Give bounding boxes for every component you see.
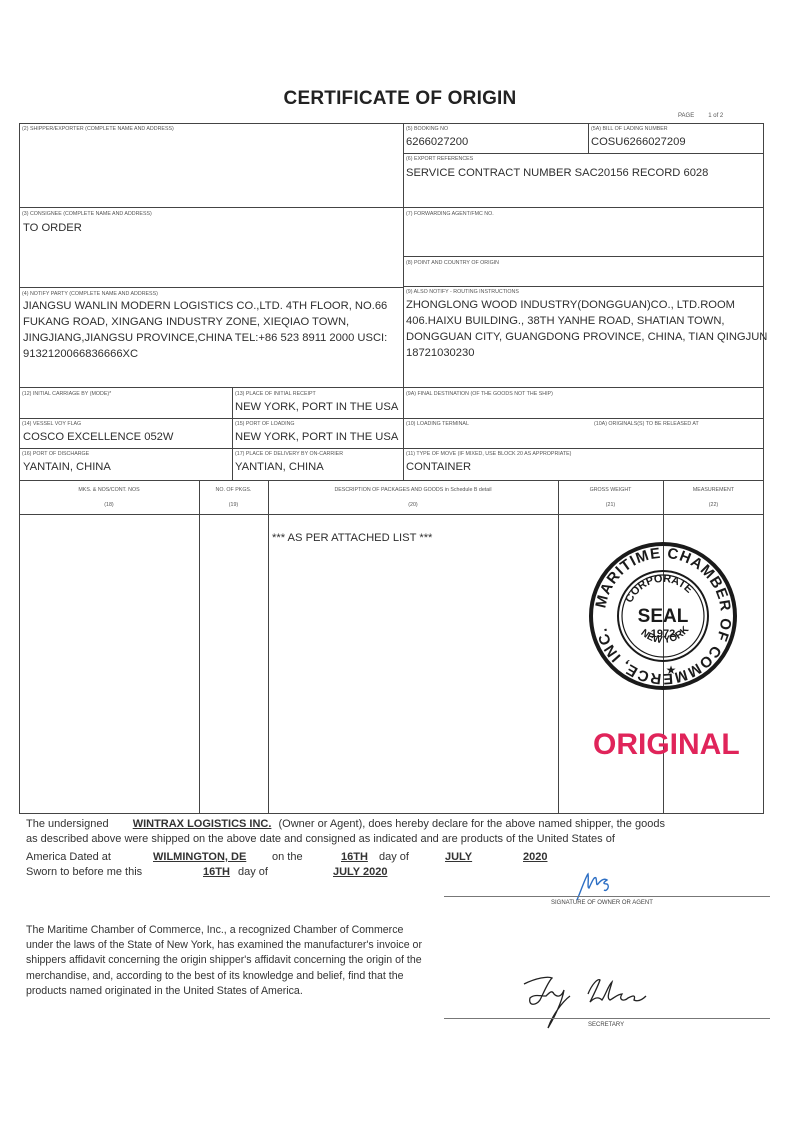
sworn-month-year: JULY 2020 xyxy=(333,866,387,878)
also-notify-label: (9) ALSO NOTIFY - ROUTING INSTRUCTIONS xyxy=(406,289,519,295)
divider xyxy=(19,287,404,288)
declaration-text: Sworn to before me this xyxy=(26,866,142,878)
declaration-text: day of xyxy=(238,866,268,878)
column-title: DESCRIPTION OF PACKAGES AND GOODS in Sch… xyxy=(268,484,558,496)
seal-icon: MARITIME CHAMBER OF COMMERCE, INC. CORPO… xyxy=(587,540,739,692)
bill-of-lading-label: (5A) BILL OF LADING NUMBER xyxy=(591,126,668,132)
point-of-origin-label: (8) POINT AND COUNTRY OF ORIGIN xyxy=(406,260,499,266)
seal-center-text: SEAL xyxy=(638,606,689,627)
page-indicator: PAGE1 of 2 xyxy=(678,113,723,119)
divider xyxy=(403,207,764,208)
booking-no-label: (5) BOOKING NO xyxy=(406,126,448,132)
svg-text:CORPORATE: CORPORATE xyxy=(623,573,695,605)
column-header-packages: NO. OF PKGS. (19) xyxy=(199,484,268,511)
shipper-label: (2) SHIPPER/EXPORTER (COMPLETE NAME AND … xyxy=(22,126,174,132)
initial-carriage-label: (12) INITIAL CARRIAGE BY (MODE)* xyxy=(22,391,111,397)
place-of-delivery-value: YANTIAN, CHINA xyxy=(235,459,324,475)
dated-place: WILMINGTON, DE xyxy=(153,851,246,863)
booking-no-value: 6266027200 xyxy=(406,134,468,150)
seal-top-text: CORPORATE xyxy=(623,573,695,605)
column-number: (18) xyxy=(19,499,199,511)
owner-signature-line xyxy=(444,896,770,897)
form-frame xyxy=(19,123,764,814)
loading-terminal-label: (10) LOADING TERMINAL xyxy=(406,421,469,427)
divider xyxy=(588,123,589,153)
declaration-text: The undersigned xyxy=(26,818,109,830)
column-header-measurement: MEASUREMENT (22) xyxy=(663,484,764,511)
column-header-marks: MKS. & NOS/CONT. NOS (18) xyxy=(19,484,199,511)
vessel-label: (14) VESSEL VOY FLAG xyxy=(22,421,81,427)
divider xyxy=(19,387,764,388)
dated-day: 16TH xyxy=(341,851,368,863)
agent-name: WINTRAX LOGISTICS INC. xyxy=(133,818,272,830)
declaration-line-3: America Dated at WILMINGTON, DE on the 1… xyxy=(26,851,111,863)
place-of-delivery-label: (17) PLACE OF DELIVERY BY ON-CARRIER xyxy=(235,451,343,457)
sworn-day: 16TH xyxy=(203,866,230,878)
original-stamp: ORIGINAL xyxy=(593,728,740,762)
divider xyxy=(403,286,764,287)
star-icon: ★ xyxy=(666,663,677,677)
divider xyxy=(19,514,764,515)
declaration-text: day of xyxy=(379,851,409,863)
also-notify-value: ZHONGLONG WOOD INDUSTRY(DONGGUAN)CO., LT… xyxy=(406,297,767,361)
column-number: (22) xyxy=(663,499,764,511)
column-title: GROSS WEIGHT xyxy=(558,484,663,496)
dated-month: JULY xyxy=(445,851,472,863)
divider xyxy=(403,123,404,480)
column-header-description: DESCRIPTION OF PACKAGES AND GOODS in Sch… xyxy=(268,484,558,511)
divider xyxy=(199,480,200,814)
port-of-discharge-value: YANTAIN, CHINA xyxy=(23,459,111,475)
declaration-line-2: as described above were shipped on the a… xyxy=(26,833,615,845)
column-header-gross-weight: GROSS WEIGHT (21) xyxy=(558,484,663,511)
divider xyxy=(19,418,764,419)
goods-description: *** AS PER ATTACHED LIST *** xyxy=(272,530,432,546)
document-title: CERTIFICATE OF ORIGIN xyxy=(0,88,800,110)
signature-icon xyxy=(574,870,624,902)
declaration-line-4: Sworn to before me this 16TH day of JULY… xyxy=(26,866,142,878)
originals-released-label: (10A) ORIGINALS(S) TO BE RELEASED AT xyxy=(594,421,699,427)
column-title: MEASUREMENT xyxy=(663,484,764,496)
final-destination-label: (9A) FINAL DESTINATION (OF THE GOODS NOT… xyxy=(406,391,553,397)
page-label: PAGE xyxy=(678,113,694,119)
secretary-label: SECRETARY xyxy=(588,1022,624,1028)
column-number: (20) xyxy=(268,499,558,511)
export-references-value: SERVICE CONTRACT NUMBER SAC20156 RECORD … xyxy=(406,165,708,181)
port-of-loading-value: NEW YORK, PORT IN THE USA xyxy=(235,429,398,445)
divider xyxy=(232,387,233,480)
port-of-discharge-label: (16) PORT OF DISCHARGE xyxy=(22,451,89,457)
type-of-move-label: (11) TYPE OF MOVE (IF MIXED, USE BLOCK 2… xyxy=(406,451,571,457)
divider xyxy=(558,480,559,814)
chamber-certification-paragraph: The Maritime Chamber of Commerce, Inc., … xyxy=(26,923,426,999)
column-number: (21) xyxy=(558,499,663,511)
type-of-move-value: CONTAINER xyxy=(406,459,471,475)
declaration-text: America Dated at xyxy=(26,851,111,863)
forwarding-agent-label: (7) FORWARDING AGENT/FMC NO. xyxy=(406,211,494,217)
notify-party-label: (4) NOTIFY PARTY (COMPLETE NAME AND ADDR… xyxy=(22,291,158,297)
place-of-receipt-label: (13) PLACE OF INITIAL RECEIPT xyxy=(235,391,316,397)
divider xyxy=(268,480,269,814)
vessel-value: COSCO EXCELLENCE 052W xyxy=(23,429,173,445)
divider xyxy=(19,207,404,208)
column-title: MKS. & NOS/CONT. NOS xyxy=(19,484,199,496)
page-value: 1 of 2 xyxy=(708,113,723,119)
port-of-loading-label: (15) PORT OF LOADING xyxy=(235,421,295,427)
corporate-seal-stamp: MARITIME CHAMBER OF COMMERCE, INC. CORPO… xyxy=(587,540,739,692)
divider xyxy=(19,448,764,449)
divider xyxy=(19,480,764,481)
secretary-signature-line xyxy=(444,1018,770,1019)
owner-signature-label: SIGNATURE OF OWNER OR AGENT xyxy=(551,900,653,906)
place-of-receipt-value: NEW YORK, PORT IN THE USA xyxy=(235,399,398,415)
bill-of-lading-value: COSU6266027209 xyxy=(591,134,686,150)
divider xyxy=(403,153,764,154)
consignee-value: TO ORDER xyxy=(23,220,82,236)
export-references-label: (6) EXPORT REFERENCES xyxy=(406,156,473,162)
column-title: NO. OF PKGS. xyxy=(199,484,268,496)
notify-party-value: JIANGSU WANLIN MODERN LOGISTICS CO.,LTD.… xyxy=(23,298,387,362)
declaration-line-1: The undersigned WINTRAX LOGISTICS INC. (… xyxy=(26,818,665,830)
declaration-text: on the xyxy=(272,851,303,863)
divider xyxy=(403,256,764,257)
consignee-label: (3) CONSIGNEE (COMPLETE NAME AND ADDRESS… xyxy=(22,211,152,217)
column-number: (19) xyxy=(199,499,268,511)
dated-year: 2020 xyxy=(523,851,547,863)
declaration-text: (Owner or Agent), does hereby declare fo… xyxy=(278,818,664,830)
